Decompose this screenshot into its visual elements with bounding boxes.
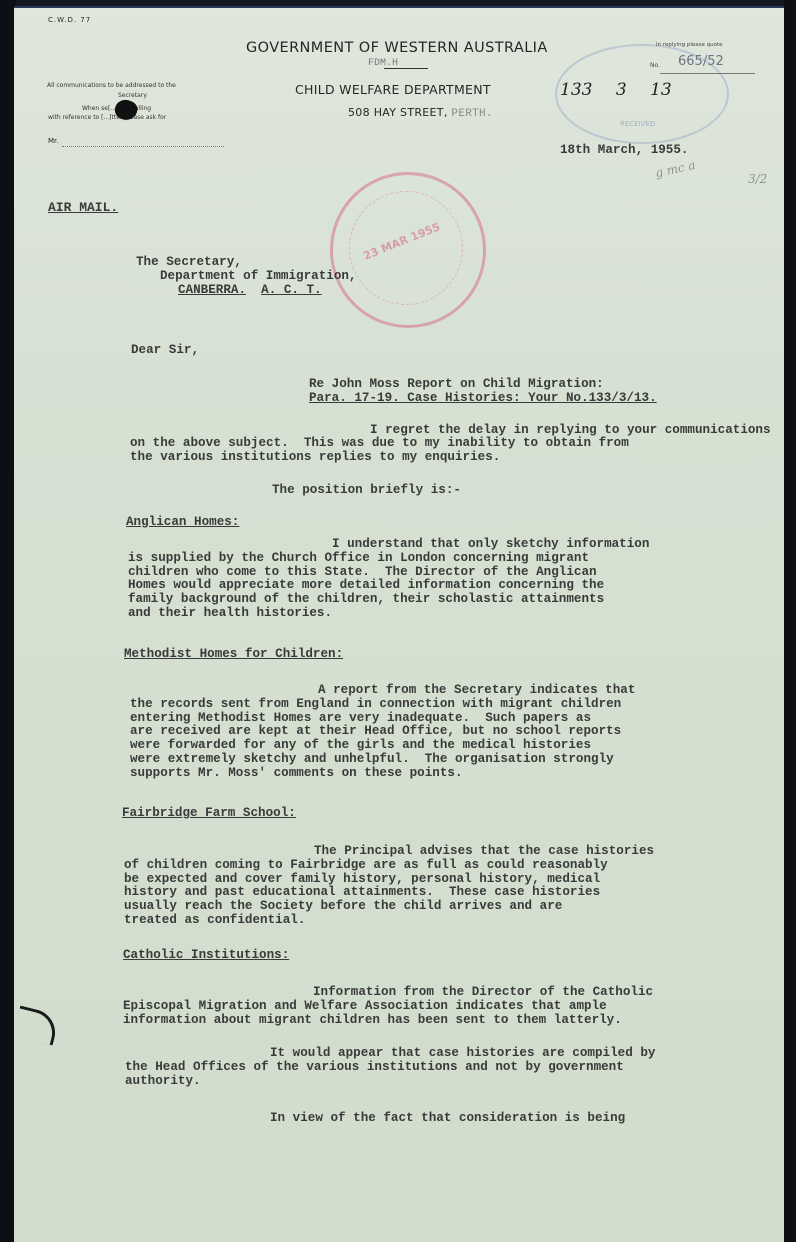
reference-underline — [660, 73, 755, 74]
scan-border-right — [784, 0, 796, 1242]
form-number: C.W.D. 77 — [48, 16, 91, 24]
section-body-line: of children coming to Fairbridge are as … — [124, 859, 608, 873]
section-heading: Methodist Homes for Children: — [124, 648, 343, 662]
recipient-line: Department of Immigration, — [160, 270, 357, 284]
section-heading: Fairbridge Farm School: — [122, 807, 296, 821]
communications-note-line: All communications to be addressed to th… — [47, 82, 176, 89]
section-body-line: were extremely sketchy and unhelpful. Th… — [130, 753, 614, 767]
section-body-line: Homes would appreciate more detailed inf… — [128, 579, 604, 593]
section-body-line: history and past educational attainments… — [124, 886, 600, 900]
handwritten-file-reference: 133 3 13 — [560, 80, 672, 100]
section-body-line: usually reach the Society before the chi… — [124, 900, 562, 914]
section-body-line: is supplied by the Church Office in Lond… — [128, 552, 589, 566]
salutation: Dear Sir, — [131, 344, 199, 358]
section-body-line: entering Methodist Homes are very inadeq… — [130, 712, 591, 726]
intro-line: the various institutions replies to my e… — [130, 451, 500, 465]
section-body-line: The Principal advises that the case hist… — [314, 845, 654, 859]
section-body-line: the records sent from England in connect… — [130, 698, 621, 712]
closing-line: the Head Offices of the various institut… — [125, 1061, 624, 1075]
reference-number: 665/52 — [678, 54, 724, 69]
subject-line: Re John Moss Report on Child Migration: — [309, 378, 604, 392]
department-address: 508 HAY STREET, PERTH. — [348, 106, 493, 120]
no-label: No. — [650, 62, 660, 69]
section-body-line: supports Mr. Moss' comments on these poi… — [130, 767, 463, 781]
section-body-line: treated as confidential. — [124, 914, 305, 928]
section-body-line: children who come to this State. The Dir… — [128, 566, 597, 580]
closing-line: It would appear that case histories are … — [270, 1047, 655, 1061]
air-mail-label: AIR MAIL. — [48, 200, 118, 215]
pencil-annotation: 3/2 — [748, 172, 767, 186]
government-heading: GOVERNMENT OF WESTERN AUSTRALIA — [246, 40, 548, 56]
recipient-city-line: CANBERRA. A. C. T. — [178, 284, 322, 298]
intro-line: on the above subject. This was due to my… — [130, 437, 629, 451]
mr-blank-line — [62, 146, 224, 147]
section-body-line: Episcopal Migration and Welfare Associat… — [123, 1000, 607, 1014]
closing-line: authority. — [125, 1075, 201, 1089]
initials-underline — [384, 68, 428, 69]
letter-date: 18th March, 1955. — [560, 144, 688, 158]
section-body-line: family background of the children, their… — [128, 593, 604, 607]
section-body-line: are received are kept at their Head Offi… — [130, 725, 621, 739]
mr-label: Mr. — [48, 137, 59, 145]
section-body-line: A report from the Secretary indicates th… — [318, 684, 635, 698]
section-body-line: information about migrant children has b… — [123, 1014, 622, 1028]
position-line: The position briefly is:- — [272, 484, 461, 498]
recipient-territory: A. C. T. — [261, 283, 321, 297]
quote-label: In replying please quote — [656, 42, 723, 48]
section-body-line: were forwarded for any of the girls and … — [130, 739, 591, 753]
communications-note-line: with reference to [...]tter please ask f… — [48, 114, 166, 121]
address-city: PERTH. — [451, 108, 492, 120]
section-body-line: be expected and cover family history, pe… — [124, 873, 600, 887]
section-body-line: I understand that only sketchy informati… — [332, 538, 649, 552]
section-body-line: Information from the Director of the Cat… — [313, 986, 653, 1000]
receipt-stamp: 23 MAR 1955 — [330, 172, 486, 328]
subject-line: Para. 17-19. Case Histories: Your No.133… — [309, 392, 657, 406]
section-heading: Catholic Institutions: — [123, 949, 289, 963]
address-street: 508 HAY STREET, — [348, 106, 448, 119]
recipient-city: CANBERRA. — [178, 283, 246, 297]
section-body-line: and their health histories. — [128, 607, 332, 621]
recipient-line: The Secretary, — [136, 256, 242, 270]
section-heading: Anglican Homes: — [126, 516, 239, 530]
department-heading: CHILD WELFARE DEPARTMENT — [295, 82, 491, 97]
final-line: In view of the fact that consideration i… — [270, 1112, 625, 1126]
received-stamp-text: RECEIVED — [620, 120, 655, 128]
communications-note-line: Secretary — [118, 92, 147, 99]
